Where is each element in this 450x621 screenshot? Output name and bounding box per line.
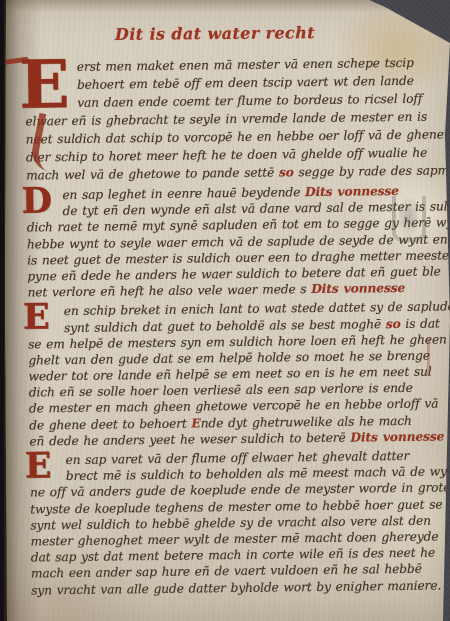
ink-text: mach wel vā de ghetowe to pande settē <box>26 165 279 182</box>
ink-bleedthrough-line <box>427 338 430 376</box>
illuminated-initial: D <box>21 184 52 218</box>
paragraph: Een sap varet vā der flume off elwaer he… <box>30 447 442 598</box>
manuscript-line: mach wel vā de ghetowe to pande settē so… <box>26 162 436 185</box>
illuminated-initial: E <box>23 301 50 335</box>
ink-text: nde dyt ghetruwelike als he mach <box>201 413 412 430</box>
ink-text: behoert em tebē off em deen tscip vaert … <box>77 74 414 92</box>
ink-text: eñ dede he anders yeet he weser suldich … <box>29 430 350 448</box>
ink-text: van daen ende coemt ter flume to bordeus… <box>77 92 422 110</box>
illuminated-initial: E <box>19 54 70 115</box>
manuscript-photo: Dit is dat water recht Eerst men maket e… <box>0 0 450 621</box>
paragraph: Een schip breket in enich lant to wat st… <box>28 299 440 450</box>
ink-text: is dat <box>400 316 439 330</box>
rubric-text: so <box>386 316 401 330</box>
page-heading: Dit is dat water recht <box>90 23 340 44</box>
illuminated-initial: E <box>24 449 51 483</box>
rubric-text: Dits vonnesse <box>350 429 444 444</box>
ink-text: de ghene deet to behoert <box>29 416 191 432</box>
paragraph: Eerst men maket enen mā mester vā enen s… <box>25 54 437 185</box>
rubric-text: Dits vonnesse <box>305 184 399 199</box>
ink-text: net verlore eñ heft he also vele waer me… <box>27 282 311 299</box>
manuscript-page: Dit is dat water recht Eerst men maket e… <box>0 0 450 621</box>
rubric-text: so <box>279 165 294 179</box>
rubric-text: E <box>191 416 200 430</box>
paragraph: Den sap leghet in eenre hauē beydende Di… <box>26 183 437 301</box>
text-block: Eerst men maket enen mā mester vā enen s… <box>25 54 442 599</box>
ink-text: en sap leghet in eenre hauē beydende <box>62 185 305 202</box>
rubric-text: Dits vonnesse <box>311 281 405 296</box>
ink-bleedthrough-mark <box>392 196 426 242</box>
ink-text: syn vracht van alle gude datter byholde … <box>31 578 441 597</box>
ink-text: segge by rade des sapmās <box>294 163 450 179</box>
ink-text: erst men maket enen mā mester vā enen sc… <box>77 56 414 74</box>
